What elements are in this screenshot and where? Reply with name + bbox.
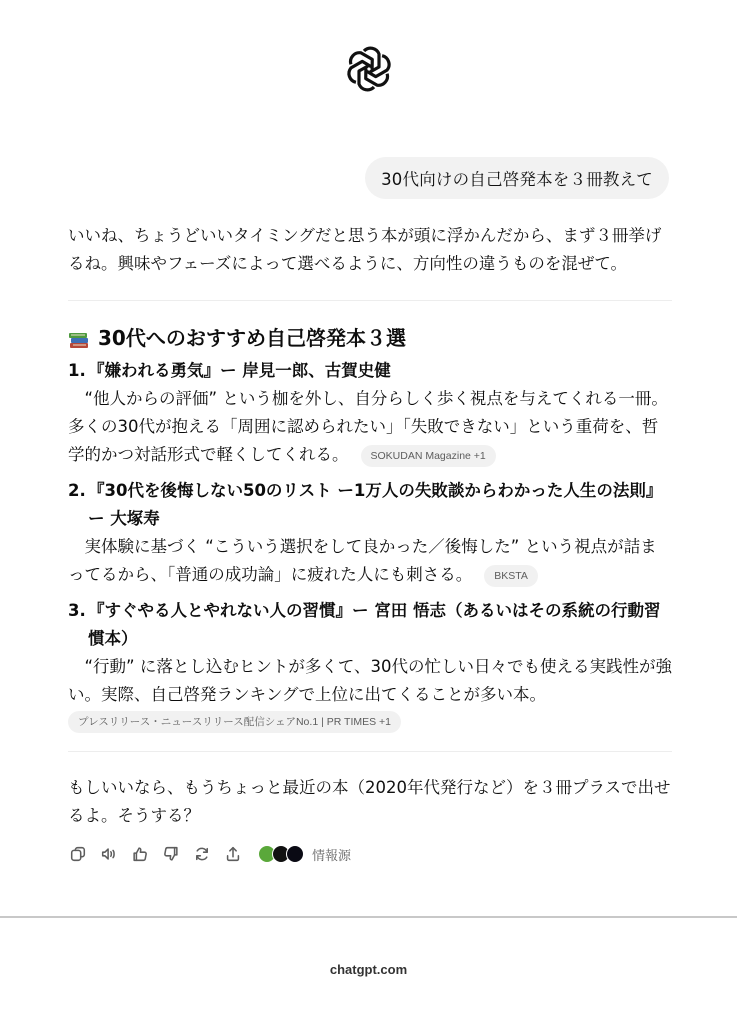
book-description: 実体験に基づく “こういう選択をして良かった／後悔した” という視点が詰まってる… — [68, 537, 657, 584]
message-actions: 情報源 — [68, 842, 672, 866]
regenerate-icon[interactable] — [192, 844, 212, 864]
sources-button[interactable]: 情報源 — [258, 845, 351, 864]
source-chip[interactable]: BKSTA — [484, 565, 538, 587]
divider — [68, 300, 672, 301]
source-chip[interactable]: プレスリリース・ニュースリリース配信シェアNo.1 | PR TIMES +1 — [68, 711, 401, 733]
book-title: 『30代を後悔しない50のリスト ー1万人の失敗談からわかった人生の法則』ー 大… — [88, 477, 672, 533]
thumbs-down-icon[interactable] — [161, 844, 181, 864]
item-number: 1. — [68, 357, 88, 385]
sources-label: 情報源 — [312, 845, 351, 864]
book-item-2: 2. 『30代を後悔しない50のリスト ー1万人の失敗談からわかった人生の法則』… — [68, 477, 672, 589]
user-message-bubble: 30代向けの自己啓発本を３冊教えて — [365, 157, 669, 199]
source-favicon-icon — [286, 845, 304, 863]
openai-logo-icon — [341, 41, 397, 97]
item-number: 2. — [68, 477, 88, 533]
book-title: 『嫌われる勇気』ー 岸見一郎、古賀史健 — [88, 357, 672, 385]
footer-url: chatgpt.com — [0, 962, 737, 977]
assistant-message: いいね、ちょうどいいタイミングだと思う本が頭に浮かんだから、まず３冊挙げるね。興… — [68, 222, 672, 866]
item-number: 3. — [68, 597, 88, 653]
share-icon[interactable] — [223, 844, 243, 864]
books-emoji-icon — [68, 328, 90, 348]
closing-paragraph: もしいいなら、もうちょっと最近の本（2020年代発行など）を３冊プラスで出せるよ… — [68, 774, 672, 830]
section-heading-text: 30代へのおすすめ自己啓発本３選 — [98, 323, 406, 353]
copy-icon[interactable] — [68, 844, 88, 864]
book-description: “行動” に落とし込むヒントが多くて、30代の忙しい日々でも使える実践性が強い。… — [68, 653, 672, 709]
book-item-3: 3. 『すぐやる人とやれない人の習慣』ー 宮田 悟志（あるいはその系統の行動習慣… — [68, 597, 672, 733]
thumbs-up-icon[interactable] — [130, 844, 150, 864]
divider — [68, 751, 672, 752]
intro-paragraph: いいね、ちょうどいいタイミングだと思う本が頭に浮かんだから、まず３冊挙げるね。興… — [68, 222, 672, 278]
source-chip[interactable]: SOKUDAN Magazine +1 — [361, 445, 496, 467]
book-title: 『すぐやる人とやれない人の習慣』ー 宮田 悟志（あるいはその系統の行動習慣本） — [88, 597, 672, 653]
book-item-1: 1. 『嫌われる勇気』ー 岸見一郎、古賀史健 “他人からの評価” という枷を外し… — [68, 357, 672, 469]
section-heading: 30代へのおすすめ自己啓発本３選 — [68, 323, 672, 353]
footer-divider — [0, 916, 737, 918]
read-aloud-icon[interactable] — [99, 844, 119, 864]
